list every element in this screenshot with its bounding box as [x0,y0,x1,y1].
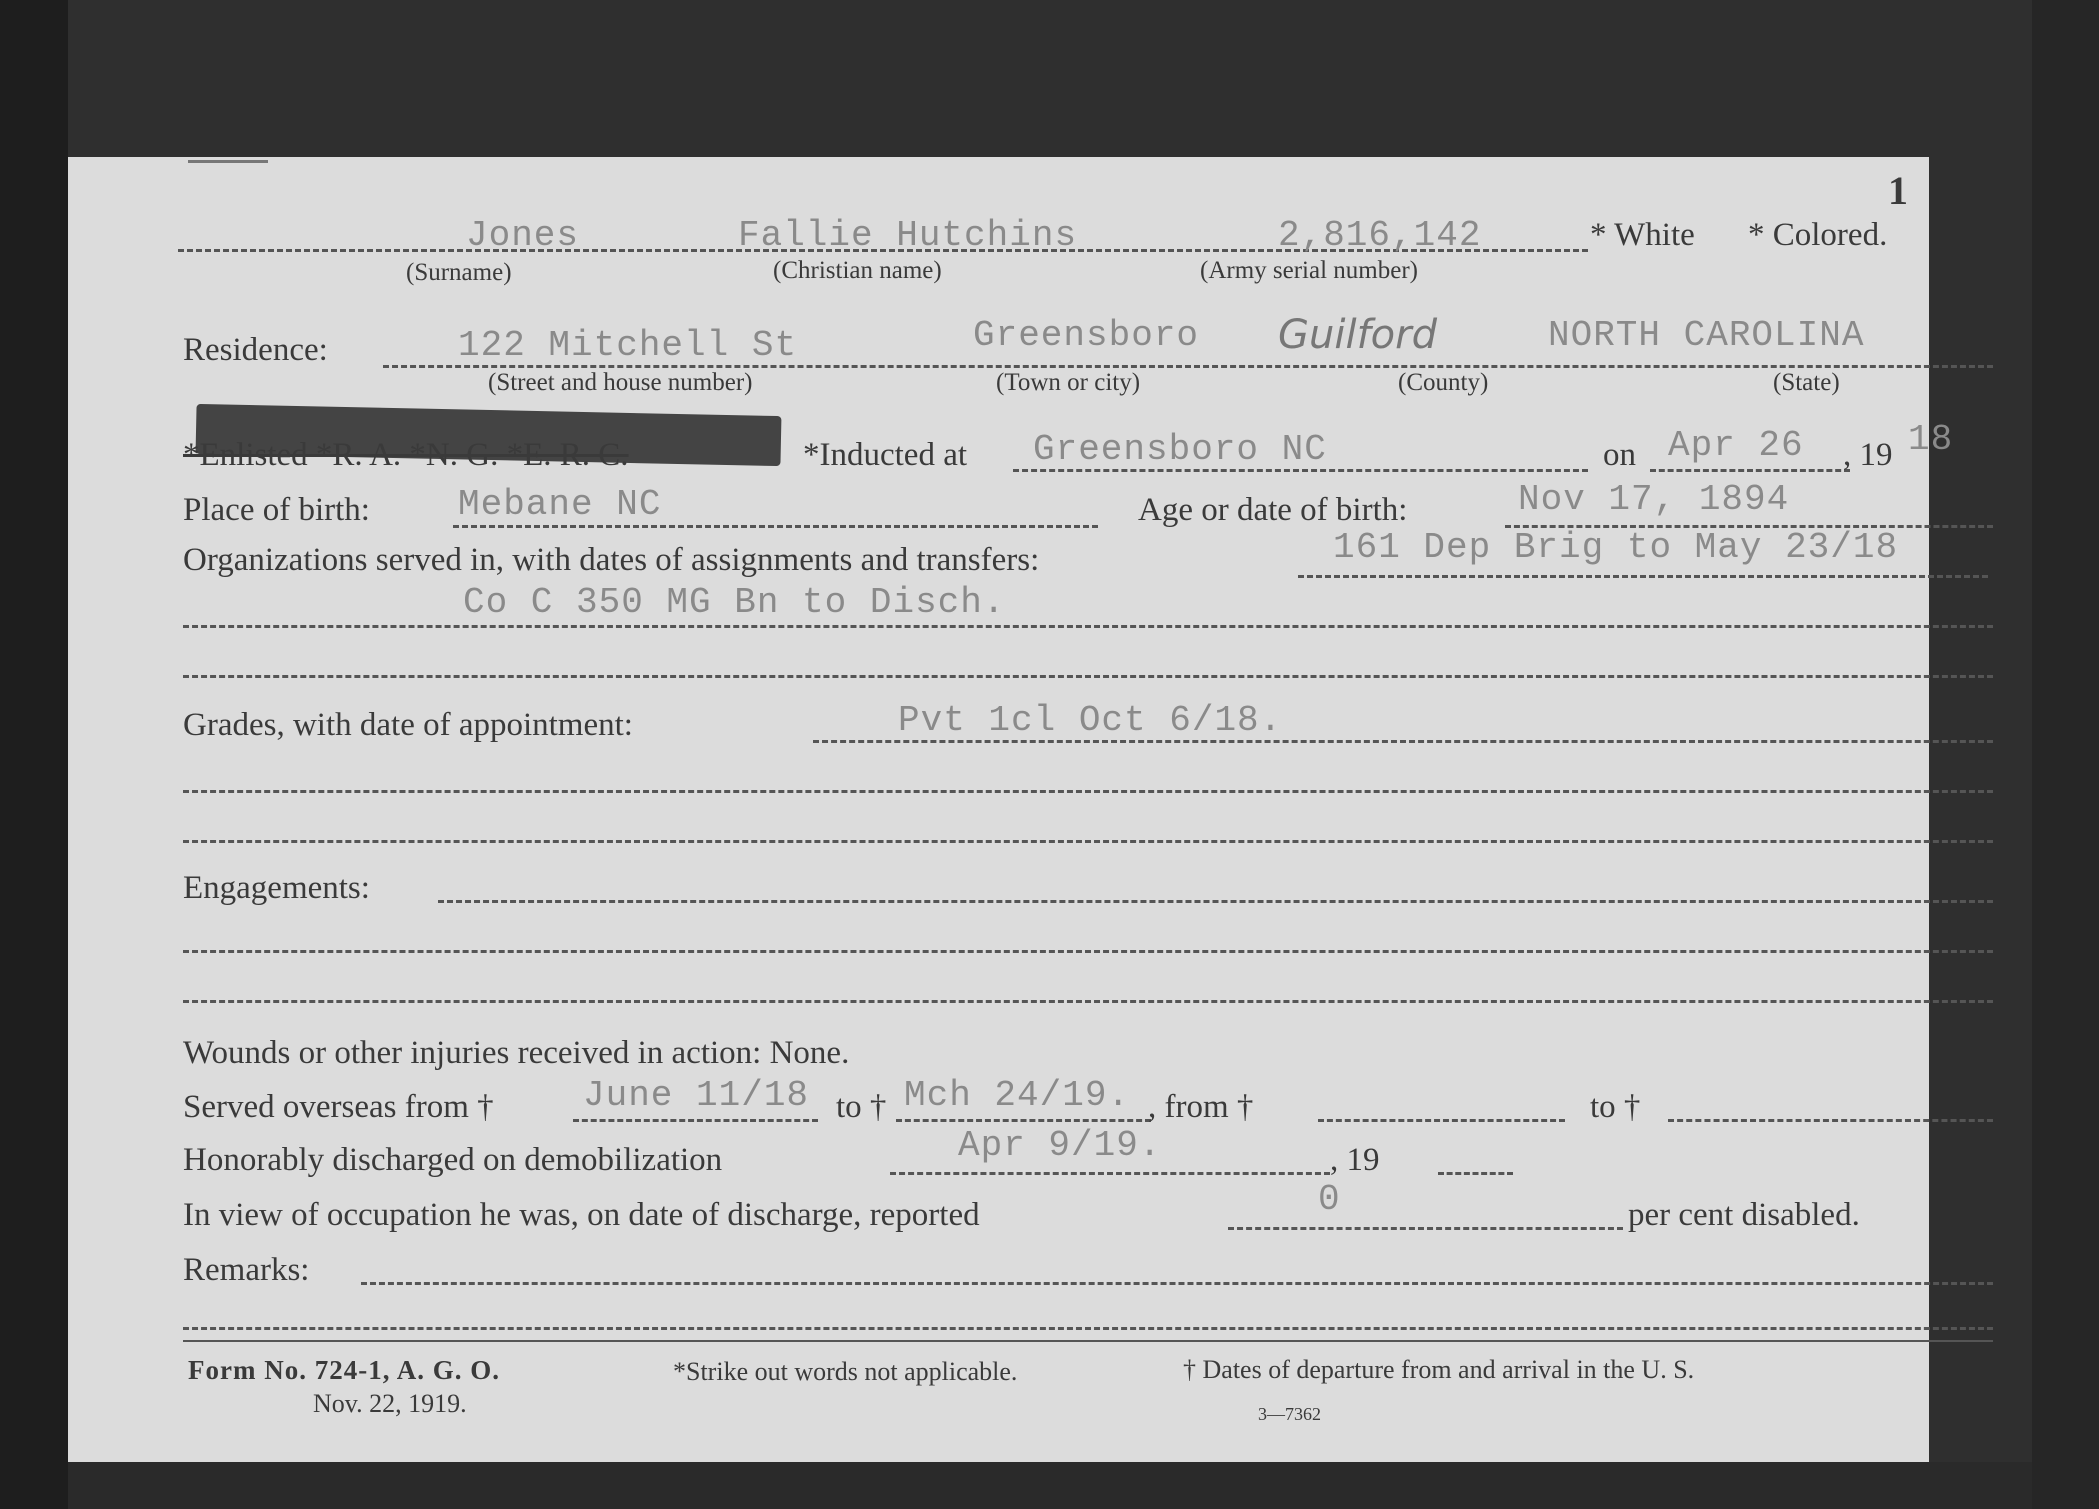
overseas-label: Served overseas from † [183,1089,494,1126]
serial-number-value: 2,816,142 [1278,215,1481,256]
engagements-line-3 [183,1000,1993,1003]
overseas-to2-line [1668,1119,1993,1122]
overseas-to-line [896,1119,1151,1122]
state-caption: (State) [1773,369,1840,397]
overseas-from-value: June 11/18 [583,1075,809,1116]
disability-line [1228,1227,1623,1230]
form-date: Nov. 22, 1919. [313,1389,467,1419]
overseas-to-label: to † [836,1089,886,1126]
disability-value: 0 [1318,1179,1341,1220]
induction-year-prefix: , 19 [1843,437,1893,474]
grades-line-3 [183,840,1993,843]
overseas-to2-label: to † [1590,1089,1640,1126]
induction-date-line [1650,469,1850,472]
dagger-note: † Dates of departure from and arrival in… [1183,1355,1694,1385]
place-of-birth-value: Mebane NC [458,484,661,525]
remarks-line-2 [183,1327,1993,1330]
organizations-value-2: Co C 350 MG Bn to Disch. [463,582,1005,623]
remarks-label: Remarks: [183,1252,309,1289]
county-caption: (County) [1398,369,1488,397]
discharge-value: Apr 9/19. [958,1125,1161,1166]
disability-label: In view of occupation he was, on date of… [183,1197,980,1234]
enlisted-options-label: *Enlisted *R. A. *N. G. *E. R. C. [183,437,629,474]
christian-name-caption: (Christian name) [773,257,942,285]
date-of-birth-value: Nov 17, 1894 [1518,479,1789,520]
induction-year-value: 18 [1908,419,1953,460]
scanner-background-right [2032,0,2099,1509]
overseas-from2-label: , from † [1148,1089,1253,1126]
residence-label: Residence: [183,332,328,369]
overseas-to-value: Mch 24/19. [904,1075,1130,1116]
date-of-birth-label: Age or date of birth: [1138,492,1407,529]
form-number: Form No. 724-1, A. G. O. [188,1355,500,1386]
scanner-background-bottom [68,1462,2032,1509]
grades-label: Grades, with date of appointment: [183,707,633,744]
footer-rule [183,1340,1993,1342]
on-label: on [1603,437,1636,474]
top-edge-mark [188,160,268,163]
engagements-label: Engagements: [183,870,370,907]
grades-value: Pvt 1cl Oct 6/18. [898,700,1282,741]
inducted-at-label: *Inducted at [803,437,967,474]
organizations-line-2 [183,625,1993,628]
discharge-year-label: , 19 [1330,1142,1380,1179]
white-label: * White [1590,217,1695,254]
grades-line-2 [183,790,1993,793]
discharge-label: Honorably discharged on demobilization [183,1142,722,1179]
induction-date-value: Apr 26 [1668,425,1804,466]
wounds-label: Wounds or other injuries received in act… [183,1035,849,1072]
street-caption: (Street and house number) [488,369,753,397]
place-of-birth-label: Place of birth: [183,492,370,529]
street-value: 122 Mitchell St [458,325,797,366]
overseas-from2-line [1318,1119,1565,1122]
place-of-birth-line [453,525,1098,528]
surname-value: Jones [466,215,579,256]
christian-name-value: Fallie Hutchins [738,215,1077,256]
surname-caption: (Surname) [406,259,512,287]
service-record-card: 1 Jones Fallie Hutchins 2,816,142 * Whit… [68,157,1929,1462]
white-label-text: * White [1590,217,1695,253]
serial-number-caption: (Army serial number) [1200,257,1418,285]
card-number: 1 [1888,167,1908,214]
inducted-at-value: Greensboro NC [1033,429,1327,470]
strike-note: *Strike out words not applicable. [673,1357,1017,1387]
disability-suffix: per cent disabled. [1628,1197,1860,1234]
organizations-line-1 [1298,575,1988,578]
enlisted-options-text: *Enlisted *R. A. *N. G. *E. R. C. [183,437,629,473]
discharge-year-line [1438,1172,1513,1175]
discharge-line [890,1172,1330,1175]
overseas-from-line [573,1119,818,1122]
state-value: NORTH CAROLINA [1548,315,1864,356]
print-code: 3—7362 [1258,1404,1321,1425]
colored-label: * Colored. [1748,217,1887,254]
town-caption: (Town or city) [996,369,1140,397]
organizations-line-3 [183,675,1993,678]
county-value: Guilford [1278,312,1437,358]
town-value: Greensboro [973,315,1199,356]
engagements-line-1 [438,900,1993,903]
remarks-line-1 [361,1282,1993,1285]
organizations-label: Organizations served in, with dates of a… [183,542,1039,579]
organizations-value-1: 161 Dep Brig to May 23/18 [1333,527,1898,568]
engagements-line-2 [183,950,1993,953]
scanner-background-left [0,0,68,1509]
